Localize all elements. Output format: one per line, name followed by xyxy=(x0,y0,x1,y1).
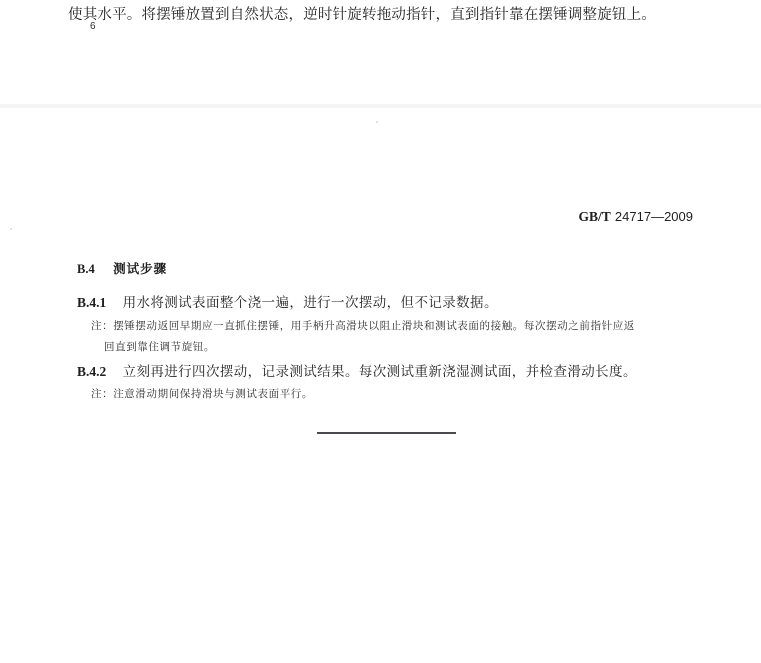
section-heading: B.4 测试步骤 xyxy=(77,259,167,277)
previous-page-last-line: 使其水平。将摆锤放置到自然状态，逆时针旋转拖动指针，直到指针靠在摆锤调整旋钮上。 xyxy=(68,3,656,24)
clause-text: 用水将测试表面整个浇一遍，进行一次摆动，但不记录数据。 xyxy=(123,295,498,311)
clause-b-4-2: B.4.2 立刻再进行四次摆动，记录测试结果。每次测试重新浇湿测试面，并检查滑动… xyxy=(77,360,637,380)
clause-text: 立刻再进行四次摆动，记录测试结果。每次测试重新浇湿测试面，并检查滑动长度。 xyxy=(123,364,637,380)
scan-speck xyxy=(376,121,378,123)
standard-number: 24717—2009 xyxy=(615,209,693,224)
section-number: B.4 xyxy=(77,262,95,276)
clause-number: B.4.1 xyxy=(77,295,106,310)
section-title: 测试步骤 xyxy=(113,261,167,276)
end-of-document-rule xyxy=(317,432,456,434)
page-number: 6 xyxy=(90,21,96,32)
clause-note-line: 注：注意滑动期间保持滑块与测试表面平行。 xyxy=(91,386,313,401)
clause-note-line: 注：摆锤摆动返回早期应一直抓住摆锤，用手柄升高滑块以阻止滑块和测试表面的接触。每… xyxy=(91,318,635,333)
clause-note-line: 回直到靠住调节旋钮。 xyxy=(104,339,215,354)
clause-b-4-1: B.4.1 用水将测试表面整个浇一遍，进行一次摆动，但不记录数据。 xyxy=(77,291,498,311)
scan-speck xyxy=(10,228,12,230)
standard-prefix: GB/T xyxy=(579,209,611,224)
clause-number: B.4.2 xyxy=(77,364,106,379)
standard-header: GB/T 24717—2009 xyxy=(579,209,693,225)
page-separator xyxy=(0,104,761,108)
